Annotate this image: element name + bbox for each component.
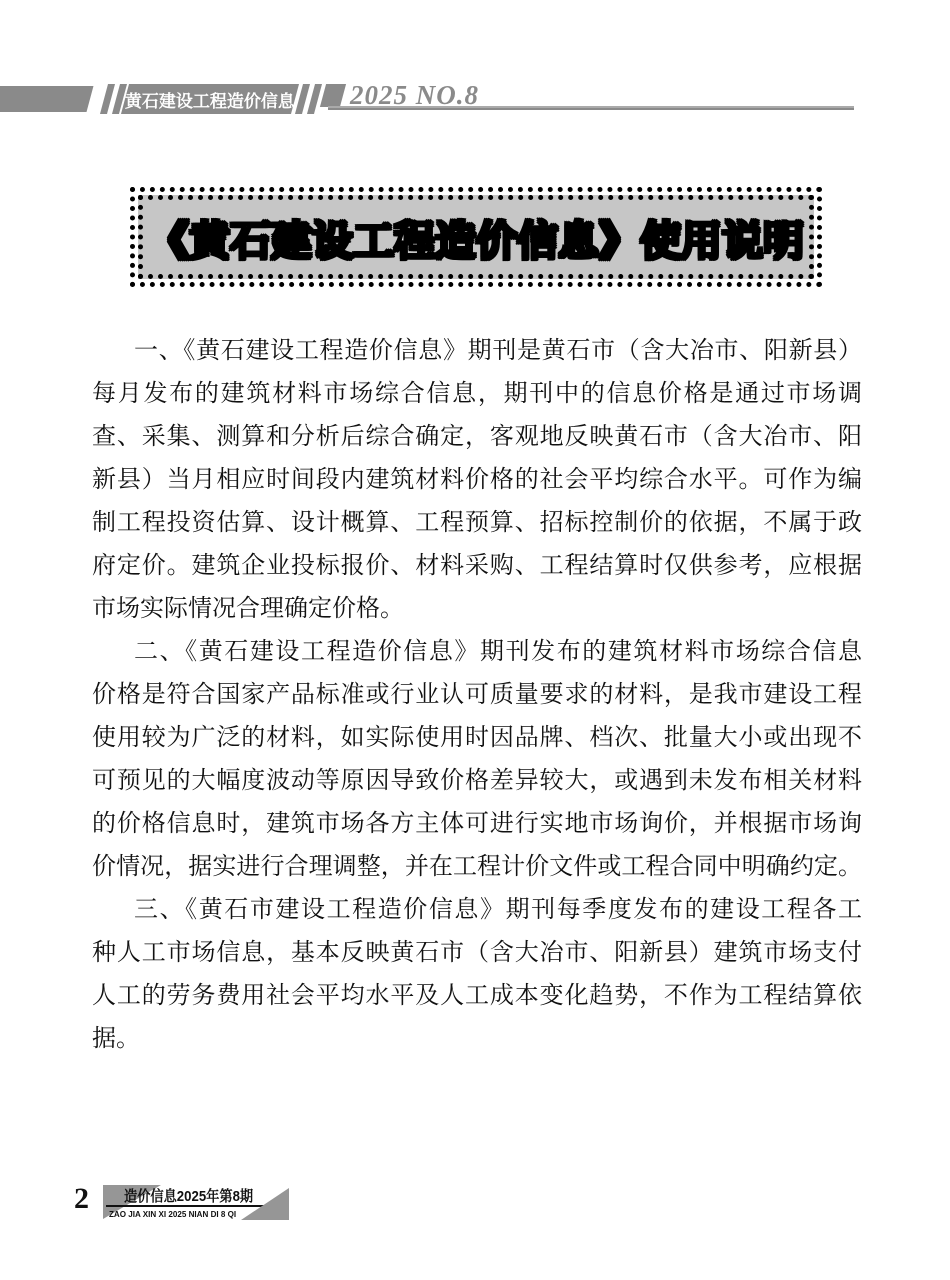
page-title: 《黄石建设工程造价信息》使用说明 bbox=[148, 208, 804, 267]
body-line: 价情况，据实进行合理调整，并在工程计价文件或工程合同中明确约定。 bbox=[92, 846, 862, 889]
body-line: 据。 bbox=[92, 1018, 862, 1061]
header-slash-decor bbox=[307, 84, 322, 114]
body-line: 市场实际情况合理确定价格。 bbox=[92, 588, 862, 631]
document-page: 黄石建设工程造价信息 2025 NO.8 《黄石建设工程造价信息》使用说明 一、… bbox=[0, 0, 950, 1280]
body-line: 每月发布的建筑材料市场综合信息，期刊中的信息价格是通过市场调 bbox=[92, 373, 862, 416]
body-line: 二、《黄石建设工程造价信息》期刊发布的建筑材料市场综合信息 bbox=[92, 631, 862, 674]
body-line: 查、采集、测算和分析后综合确定，客观地反映黄石市（含大冶市、阳 bbox=[92, 416, 862, 459]
body-line: 府定价。建筑企业投标报价、材料采购、工程结算时仅供参考，应根据 bbox=[92, 545, 862, 588]
body-line: 价格是符合国家产品标准或行业认可质量要求的材料，是我市建设工程 bbox=[92, 674, 862, 717]
title-banner-inner: 《黄石建设工程造价信息》使用说明 bbox=[138, 195, 814, 279]
body-line: 人工的劳务费用社会平均水平及人工成本变化趋势，不作为工程结算依 bbox=[92, 975, 862, 1018]
body-line: 种人工市场信息，基本反映黄石市（含大冶市、阳新县）建筑市场支付 bbox=[92, 932, 862, 975]
body-text: 一、《黄石建设工程造价信息》期刊是黄石市（含大冶市、阳新县）每月发布的建筑材料市… bbox=[92, 330, 862, 1061]
footer-issue-pinyin: ZAO JIA XIN XI 2025 NIAN DI 8 QI bbox=[109, 1209, 236, 1219]
footer-emblem-rule bbox=[106, 1205, 264, 1207]
header-left-bar bbox=[0, 86, 93, 112]
page-number: 2 bbox=[74, 1182, 89, 1216]
body-line: 一、《黄石建设工程造价信息》期刊是黄石市（含大冶市、阳新县） bbox=[92, 330, 862, 373]
body-line: 三、《黄石市建设工程造价信息》期刊每季度发布的建设工程各工 bbox=[92, 889, 862, 932]
header-brand-plate: 黄石建设工程造价信息 bbox=[121, 84, 299, 114]
body-line: 制工程投资估算、设计概算、工程预算、招标控制价的依据，不属于政 bbox=[92, 502, 862, 545]
footer-emblem: 造价信息2025年第8期 ZAO JIA XIN XI 2025 NIAN DI… bbox=[103, 1185, 289, 1225]
body-line: 新县）当月相应时间段内建筑材料价格的社会平均综合水平。可作为编 bbox=[92, 459, 862, 502]
footer-issue-label: 造价信息2025年第8期 bbox=[124, 1185, 253, 1206]
body-line: 可预见的大幅度波动等原因导致价格差异较大，或遇到未发布相关材料 bbox=[92, 760, 862, 803]
body-line: 的价格信息时，建筑市场各方主体可进行实地市场询价，并根据市场询 bbox=[92, 803, 862, 846]
header-brand-title: 黄石建设工程造价信息 bbox=[125, 87, 295, 112]
body-line: 使用较为广泛的材料，如实际使用时因品牌、档次、批量大小或出现不 bbox=[92, 717, 862, 760]
header-small-block bbox=[320, 84, 346, 107]
header-rule bbox=[328, 106, 854, 110]
title-banner: 《黄石建设工程造价信息》使用说明 bbox=[130, 187, 822, 287]
